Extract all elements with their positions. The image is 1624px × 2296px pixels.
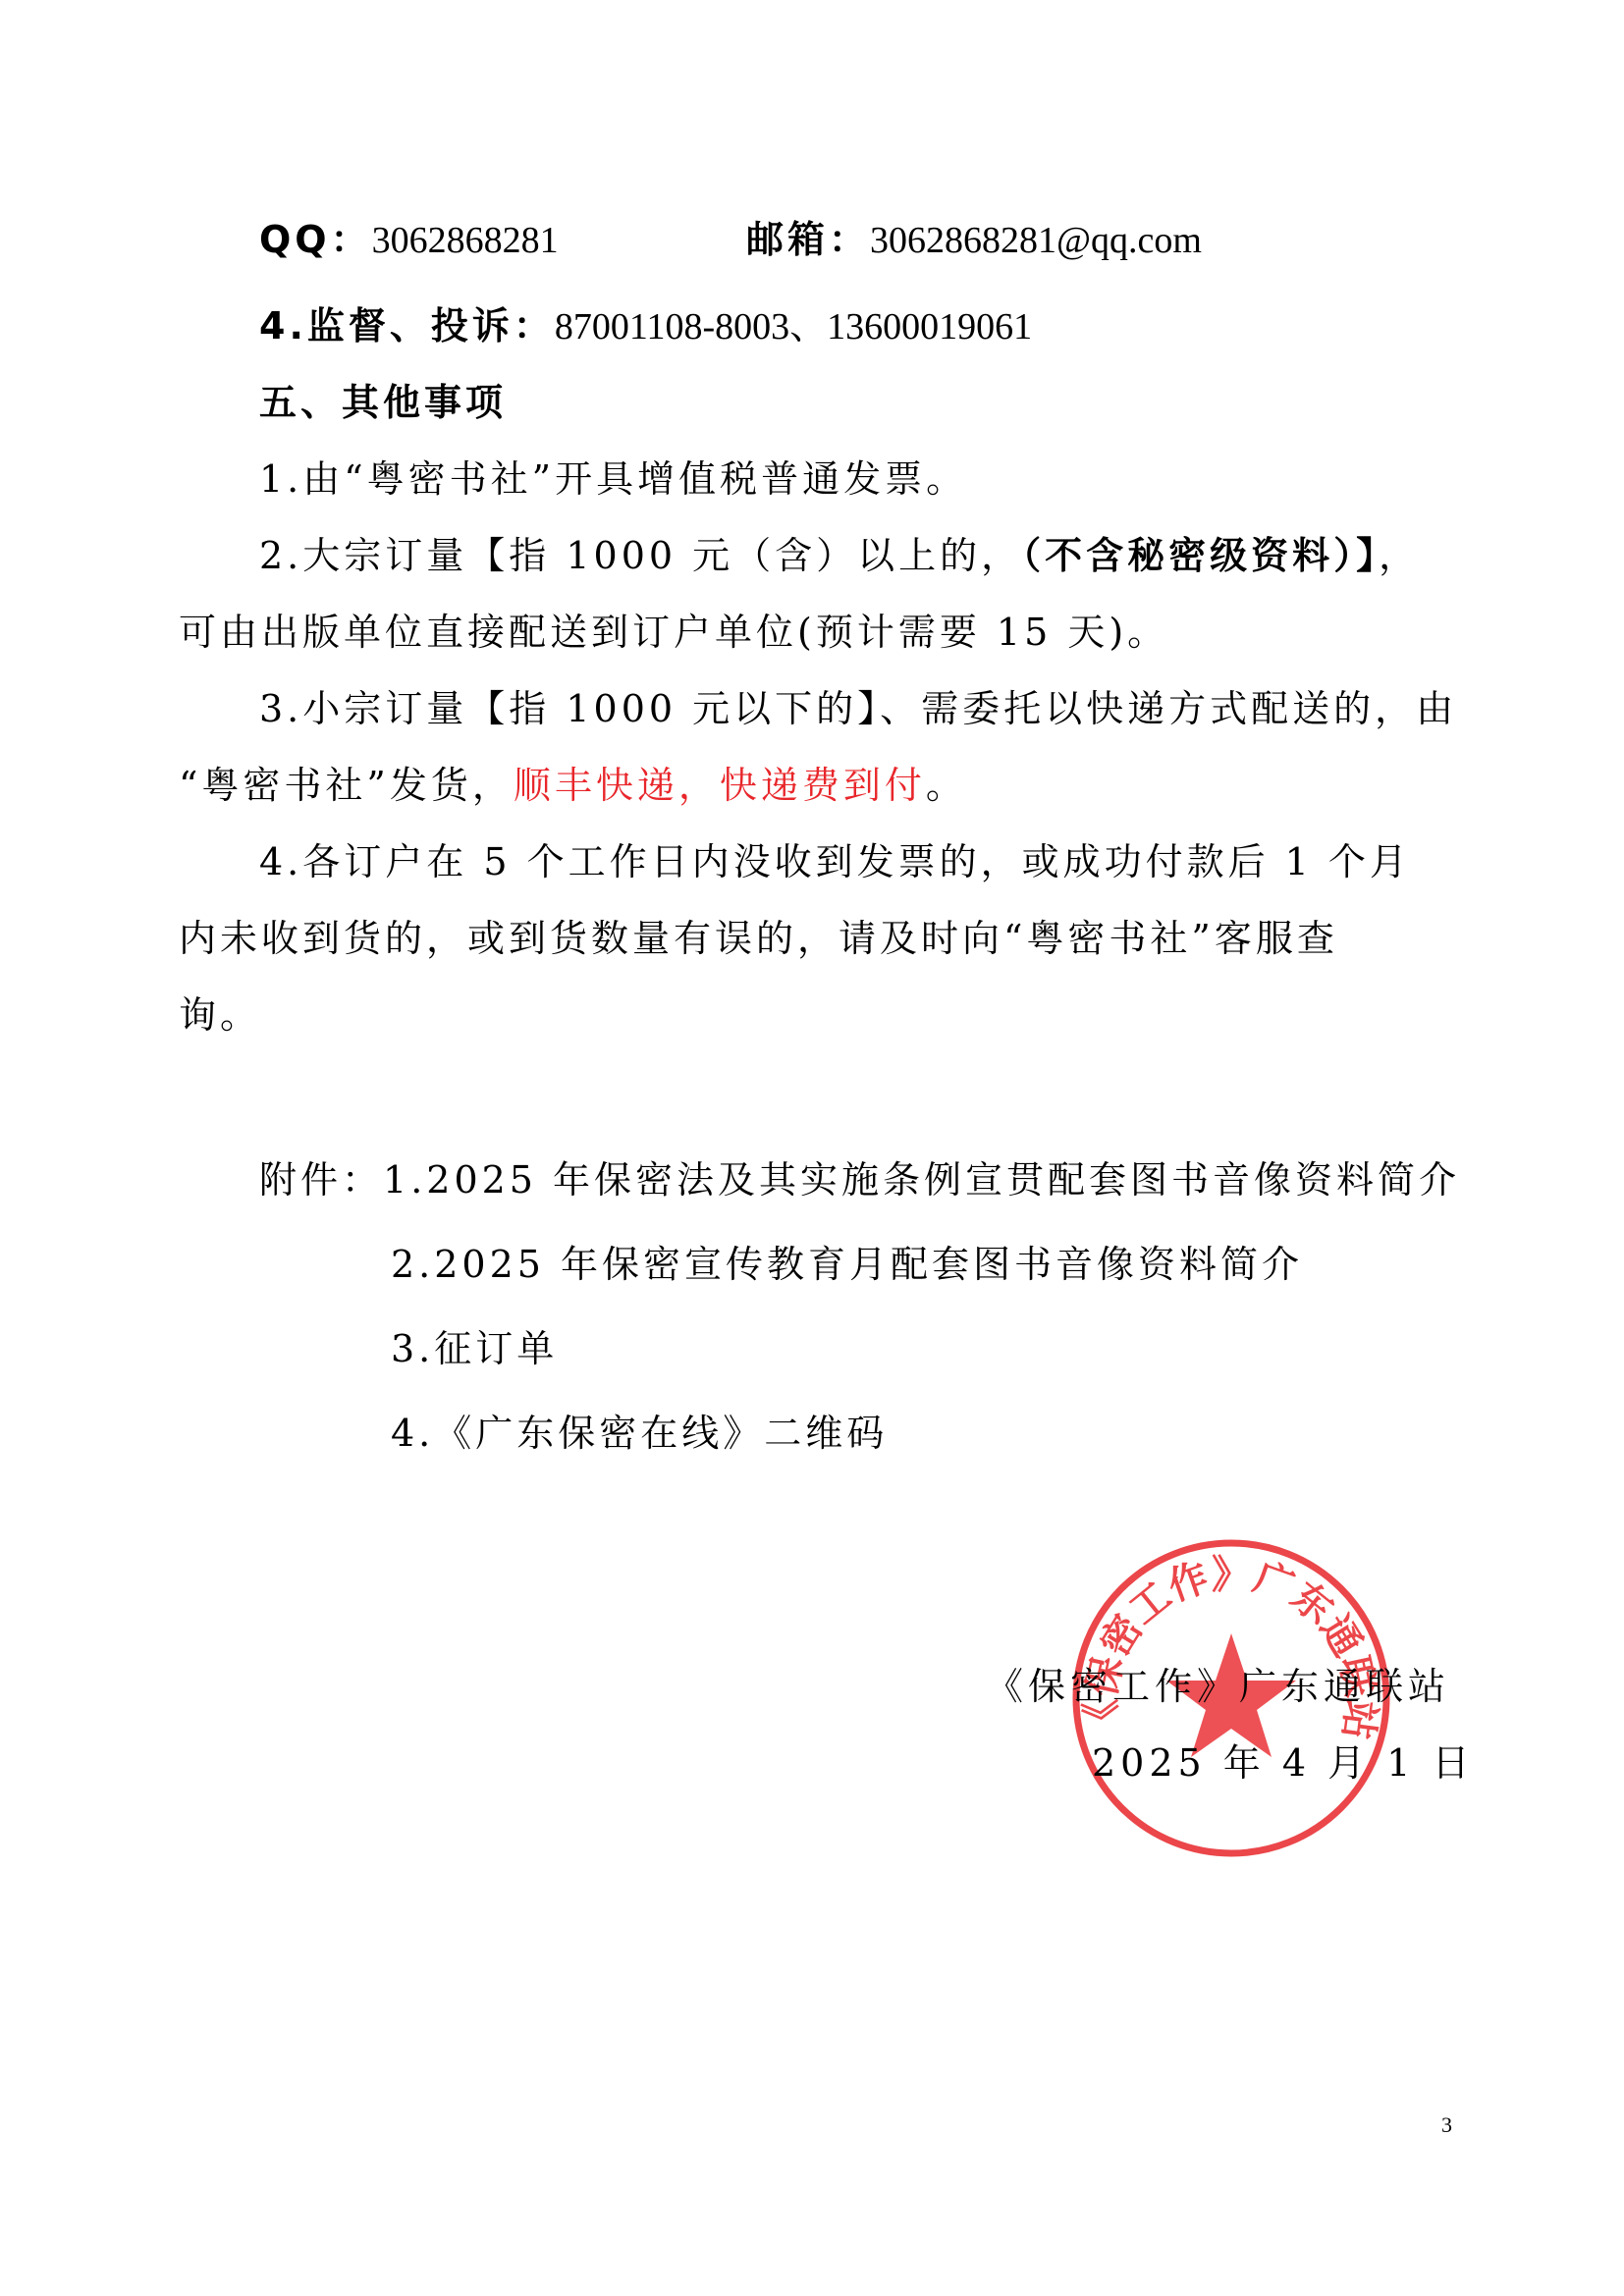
item-4-line-3: 询。 — [179, 991, 261, 1039]
attachment-item: 1.2025 年保密法及其实施条例宣贯配套图书音像资料简介 — [383, 1158, 1460, 1201]
item-3-highlight: 顺丰快递，快递费到付 — [514, 764, 926, 807]
email-value: 3062868281@qq.com — [870, 220, 1202, 261]
attachments-label: 附件： — [259, 1158, 383, 1201]
supervision-label: 4.监督、投诉： — [259, 304, 555, 347]
email-line: 邮箱：3062868281@qq.com — [746, 216, 1202, 264]
item-4-line-2: 内未收到货的，或到货数量有误的，请及时向“粤密书社”客服查 — [179, 915, 1338, 962]
supervision-value: 87001108-8003、13600019061 — [555, 306, 1032, 347]
signature-date: 2025 年 4 月 1 日 — [1092, 1739, 1474, 1787]
attachment-item: 2.2025 年保密宣传教育月配套图书音像资料简介 — [391, 1241, 1303, 1288]
signature-org: 《保密工作》广东通联站 — [986, 1663, 1450, 1710]
item-1: 1.由“粤密书社”开具增值税普通发票。 — [259, 455, 967, 503]
item-2-line-1: 2.大宗订量【指 1000 元（含）以上的，（不含秘密级资料）】， — [259, 532, 1420, 579]
qq-line: QQ：3062868281 — [259, 216, 559, 264]
item-2-bold: （不含秘密级资料）】 — [1022, 534, 1379, 577]
page-number: 3 — [1441, 2112, 1452, 2138]
attachments-line-1: 附件：1.2025 年保密法及其实施条例宣贯配套图书音像资料简介 — [259, 1156, 1460, 1203]
item-3-end: 。 — [926, 764, 967, 807]
qq-value: 3062868281 — [372, 220, 559, 261]
email-label: 邮箱： — [746, 218, 870, 261]
supervision-line: 4.监督、投诉：87001108-8003、13600019061 — [259, 302, 1032, 350]
item-4-line-1: 4.各订户在 5 个工作日内没收到发票的，或成功付款后 1 个月 — [259, 838, 1411, 885]
attachment-item: 3.征订单 — [391, 1325, 558, 1372]
attachment-item: 4.《广东保密在线》二维码 — [391, 1410, 888, 1457]
item-3-line-2: “粤密书社”发货，顺丰快递，快递费到付。 — [179, 762, 967, 809]
item-2-text: 2.大宗订量【指 1000 元（含）以上的， — [259, 534, 1022, 577]
item-3-text: “粤密书社”发货， — [179, 764, 514, 807]
section-heading: 五、其他事项 — [259, 379, 507, 426]
item-2-line-2: 可由出版单位直接配送到订户单位(预计需要 15 天)。 — [179, 609, 1168, 656]
qq-label: QQ： — [259, 218, 372, 261]
item-3-line-1: 3.小宗订量【指 1000 元以下的】、需委托以快递方式配送的，由 — [259, 685, 1457, 732]
item-2-comma: ， — [1379, 534, 1420, 577]
